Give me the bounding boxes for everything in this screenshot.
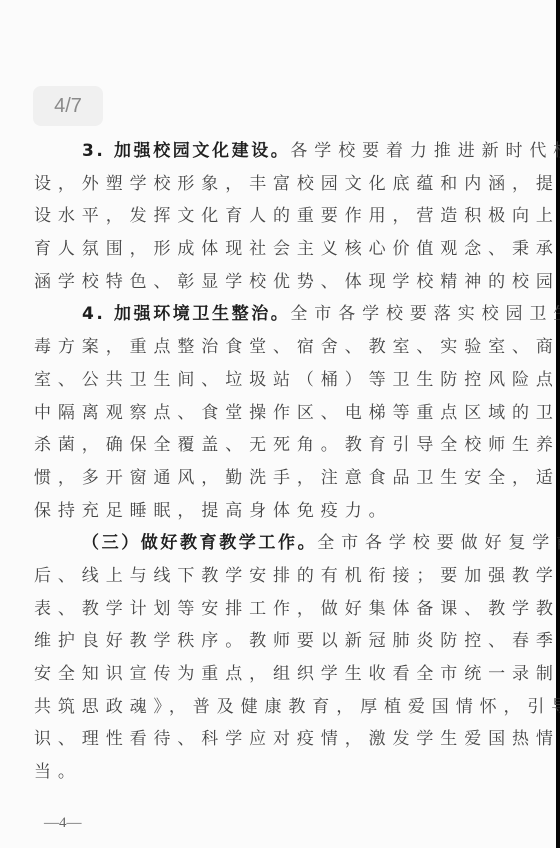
paragraph-line: 后、线上与线下教学安排的有机衔接；要加强教学管理，做好课 — [34, 560, 514, 593]
paragraph-line: 4. 加强环境卫生整治。全市各学校要落实校园卫生防控和消 — [34, 298, 514, 331]
section-heading: （三）做好教育教学工作。 — [82, 533, 317, 553]
paragraph-line: 毒方案，重点整治食堂、宿舍、教室、实验室、商店、快递收发 — [34, 331, 514, 364]
page-indicator: 4/7 — [33, 86, 103, 126]
paragraph-line: 维护良好教学秩序。教师要以新冠肺炎防控、春季传染病防范、 — [34, 625, 514, 658]
paragraph-line: 安全知识宣传为重点，组织学生收看全市统一录制《同上一堂课， — [34, 658, 514, 691]
paragraph-line: 当。 — [34, 756, 514, 789]
paragraph-line: 保持充足睡眠，提高身体免疫力。 — [34, 495, 514, 528]
paragraph-line: 室、公共卫生间、垃圾站（桶）等卫生防控风险点。重点做好集 — [34, 364, 514, 397]
paragraph-line: 中隔离观察点、食堂操作区、电梯等重点区域的卫生保洁及消毒 — [34, 397, 514, 430]
paragraph-line: 杀菌，确保全覆盖、无死角。教育引导全校师生养成良好生活习 — [34, 429, 514, 462]
paragraph-text: 各学校要着力推进新时代校园文化建 — [290, 141, 560, 161]
paragraph-line: 设，外塑学校形象，丰富校园文化底蕴和内涵，提升校园文化建 — [34, 168, 514, 201]
paragraph-line: 共筑思政魂》，普及健康教育，厚植爱国情怀，引导学生正确认 — [34, 691, 514, 724]
paragraph-line: 惯，多开窗通风，勤洗手，注意食品卫生安全，适度加强锻炼， — [34, 462, 514, 495]
paragraph-text: 全市各学校要落实校园卫生防控和消 — [290, 304, 560, 324]
paragraph-text: 全市各学校要做好复学前与复学 — [317, 533, 560, 553]
page-footer-number: —4— — [44, 815, 82, 832]
section-heading: 3. 加强校园文化建设。 — [82, 141, 290, 161]
page-indicator-text: 4/7 — [54, 95, 82, 118]
paragraph-line: 3. 加强校园文化建设。各学校要着力推进新时代校园文化建 — [34, 135, 514, 168]
paragraph-line: （三）做好教育教学工作。全市各学校要做好复学前与复学 — [34, 527, 514, 560]
screen-edge-bar — [556, 0, 560, 848]
paragraph-line: 育人氛围，形成体现社会主义核心价值观念、秉承学校传统、蕴 — [34, 233, 514, 266]
document-body: 3. 加强校园文化建设。各学校要着力推进新时代校园文化建 设，外塑学校形象，丰富… — [34, 135, 514, 789]
paragraph-line: 涵学校特色、彰显学校优势、体现学校精神的校园文化。 — [34, 266, 514, 299]
section-heading: 4. 加强环境卫生整治。 — [82, 304, 290, 324]
paragraph-line: 设水平，发挥文化育人的重要作用，营造积极向上、和谐温馨的 — [34, 200, 514, 233]
paragraph-line: 识、理性看待、科学应对疫情，激发学生爱国热情，增强责任担 — [34, 723, 514, 756]
paragraph-line: 表、教学计划等安排工作，做好集体备课、教学教研等常规工作， — [34, 593, 514, 626]
